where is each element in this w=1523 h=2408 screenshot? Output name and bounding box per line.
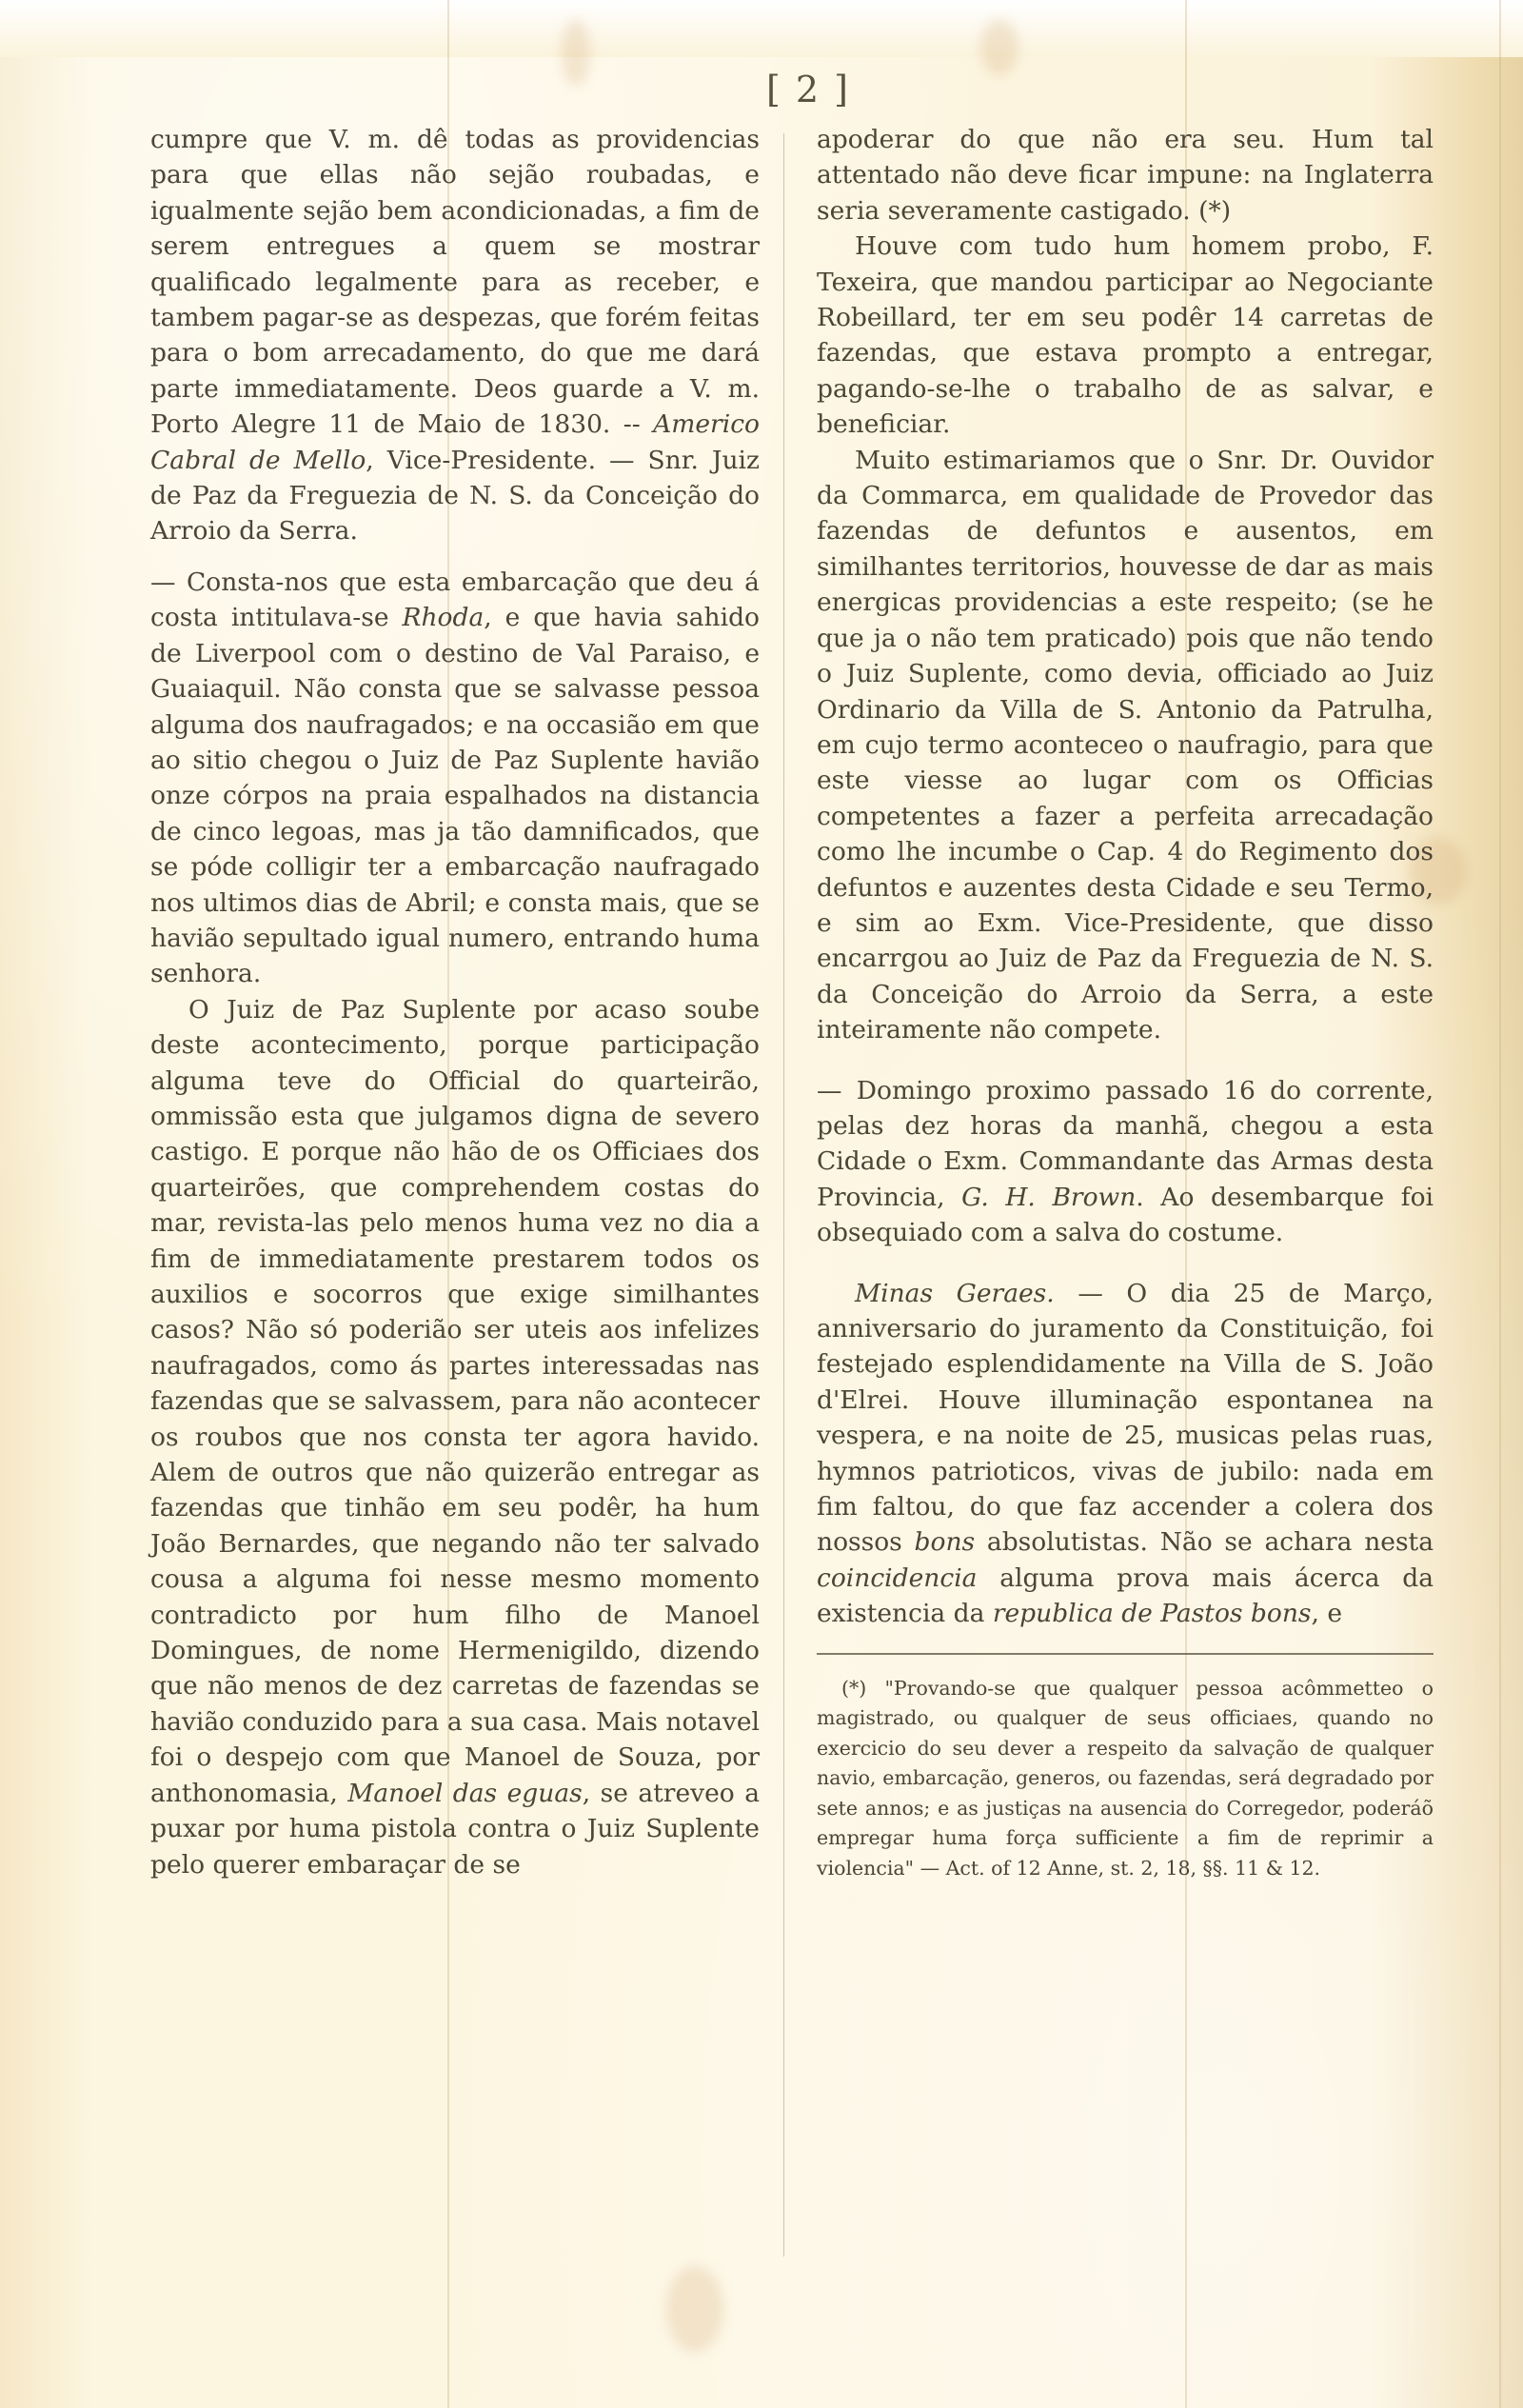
article-paragraph: apoderar do que não era seu. Hum tal att… bbox=[817, 122, 1434, 229]
torn-top-edge bbox=[0, 0, 1523, 57]
page-number: [ 2 ] bbox=[766, 69, 850, 110]
article-paragraph: O Juiz de Paz Suplente por acaso soube d… bbox=[150, 992, 760, 1882]
article-paragraph: cumpre que V. m. dê todas as providencia… bbox=[150, 122, 760, 549]
footnote-rule bbox=[817, 1653, 1434, 1655]
commander-name: G. H. Brown bbox=[961, 1183, 1136, 1212]
right-column: apoderar do que não era seu. Hum tal att… bbox=[817, 122, 1434, 1883]
paper-stain bbox=[980, 19, 1019, 76]
paper-stain bbox=[666, 2266, 723, 2352]
left-column: cumpre que V. m. dê todas as providencia… bbox=[150, 122, 760, 1882]
article-paragraph: — Consta-nos que esta embarcação que deu… bbox=[150, 565, 760, 992]
article-paragraph: Minas Geraes. — O dia 25 de Março, anniv… bbox=[817, 1276, 1434, 1632]
paper-crease bbox=[1499, 0, 1501, 2408]
article-paragraph: Muito estimariamos que o Snr. Dr. Ouvido… bbox=[817, 443, 1434, 1048]
footnote: (*) "Provando-se que qualquer pessoa acô… bbox=[817, 1674, 1434, 1884]
column-divider bbox=[783, 133, 784, 2257]
paper-stain bbox=[562, 19, 590, 86]
ship-name: Rhoda bbox=[403, 603, 485, 632]
nickname: Manoel das eguas bbox=[347, 1779, 583, 1808]
article-paragraph: Houve com tudo hum homem probo, F. Texei… bbox=[817, 229, 1434, 442]
section-dateline: Minas Geraes. bbox=[855, 1279, 1055, 1308]
article-paragraph: — Domingo proximo passado 16 do corrente… bbox=[817, 1073, 1434, 1251]
